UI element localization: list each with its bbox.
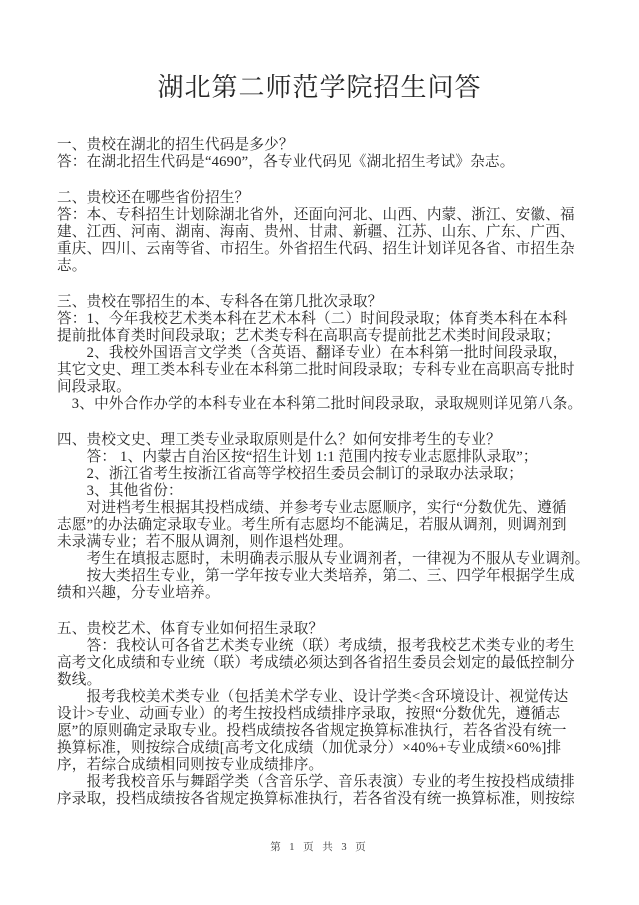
answer-line: 志愿”的办法确定录取专业。考生所有志愿均不能满足，若服从调剂，则调剂到 (57, 517, 587, 534)
page-number-footer: 第 1 页 共 3 页 (0, 839, 639, 854)
answer-line: 绩和兴趣，分专业培养。 (57, 585, 587, 602)
answer-line: 重庆、四川、云南等省、市招生。外省招生代码、招生计划详见各省、市招生杂 (57, 241, 587, 258)
document-body: 一、贵校在湖北的招生代码是多少？答：在湖北招生代码是“4690”，各专业代码见《… (0, 137, 639, 808)
question-line: 五、贵校艺术、体育专业如何招生录取？ (57, 621, 587, 638)
question-line: 一、贵校在湖北的招生代码是多少？ (57, 137, 587, 154)
answer-line: 设计>专业、动画专业）的考生按投档成绩排序录取，按照“分数优先，遵循志 (57, 706, 587, 723)
answer-line: 2、浙江省考生按浙江省高等学校招生委员会制订的录取办法录取； (57, 466, 587, 483)
answer-line: 数线。 (57, 672, 587, 689)
answer-line: 3、中外合作办学的本科专业在本科第二批时间段录取，录取规则详见第八条。 (57, 396, 587, 413)
qa-section: 四、贵校文史、理工类专业录取原则是什么？如何安排考生的专业？ 答： 1、内蒙古自… (57, 432, 587, 602)
answer-line: 换算标准，则按综合成绩[高考文化成绩（加优录分）×40%+专业成绩×60%]排 (57, 740, 587, 757)
answer-line: 报考我校音乐与舞蹈学类（含音乐学、音乐表演）专业的考生按投档成绩排 (57, 774, 587, 791)
answer-line: 报考我校美术类专业（包括美术学专业、设计学类<含环境设计、视觉传达 (57, 689, 587, 706)
document-title: 湖北第二师范学院招生问答 (0, 0, 639, 104)
answer-line: 建、江西、河南、湖南、海南、贵州、甘肃、新疆、江苏、山东、广东、广西、 (57, 224, 587, 241)
answer-line: 答：1、今年我校艺术类本科在艺术本科（二）时间段录取；体育类本科在本科 (57, 311, 587, 328)
answer-line: 序，若综合成绩相同则按专业成绩排序。 (57, 757, 587, 774)
answer-line: 考生在填报志愿时，未明确表示服从专业调剂者，一律视为不服从专业调剂。 (57, 551, 587, 568)
answer-line: 答： 1、内蒙古自治区按“招生计划 1:1 范围内按专业志愿排队录取”； (57, 449, 587, 466)
answer-line: 按大类招生专业，第一学年按专业大类培养，第二、三、四学年根据学生成 (57, 568, 587, 585)
answer-line: 答：我校认可各省艺术类专业统（联）考成绩，报考我校艺术类专业的考生 (57, 638, 587, 655)
answer-line: 提前批体育类时间段录取；艺术类专科在高职高专提前批艺术类时间段录取； (57, 328, 587, 345)
answer-line: 愿”的原则确定录取专业。投档成绩按各省规定换算标准执行，若各省没有统一 (57, 723, 587, 740)
answer-line: 答：在湖北招生代码是“4690”，各专业代码见《湖北招生考试》杂志。 (57, 154, 587, 171)
answer-line: 2、我校外国语言文学类（含英语、翻译专业）在本科第一批时间段录取， (57, 345, 587, 362)
qa-section: 一、贵校在湖北的招生代码是多少？答：在湖北招生代码是“4690”，各专业代码见《… (57, 137, 587, 171)
answer-line: 序录取，投档成绩按各省规定换算标准执行，若各省没有统一换算标准，则按综 (57, 791, 587, 808)
answer-line: 高考文化成绩和专业统（联）考成绩必须达到各省招生委员会划定的最低控制分 (57, 655, 587, 672)
qa-section: 三、贵校在鄂招生的本、专科各在第几批次录取？答：1、今年我校艺术类本科在艺术本科… (57, 294, 587, 413)
answer-line: 答：本、专科招生计划除湖北省外，还面向河北、山西、内蒙、浙江、安徽、福 (57, 207, 587, 224)
answer-line: 未录满专业；若不服从调剂，则作退档处理。 (57, 534, 587, 551)
qa-section: 五、贵校艺术、体育专业如何招生录取？ 答：我校认可各省艺术类专业统（联）考成绩，… (57, 621, 587, 808)
question-line: 四、贵校文史、理工类专业录取原则是什么？如何安排考生的专业？ (57, 432, 587, 449)
question-line: 三、贵校在鄂招生的本、专科各在第几批次录取？ (57, 294, 587, 311)
answer-line: 其它文史、理工类本科专业在本科第二批时间段录取；专科专业在高职高专批时 (57, 362, 587, 379)
answer-line: 志。 (57, 258, 587, 275)
answer-line: 3、其他省份： (57, 483, 587, 500)
question-line: 二、贵校还在哪些省份招生？ (57, 190, 587, 207)
document-page: 湖北第二师范学院招生问答 一、贵校在湖北的招生代码是多少？答：在湖北招生代码是“… (0, 0, 639, 905)
answer-line: 间段录取。 (57, 379, 587, 396)
answer-line: 对进档考生根据其投档成绩、并参考专业志愿顺序，实行“分数优先、遵循 (57, 500, 587, 517)
qa-section: 二、贵校还在哪些省份招生？答：本、专科招生计划除湖北省外，还面向河北、山西、内蒙… (57, 190, 587, 275)
